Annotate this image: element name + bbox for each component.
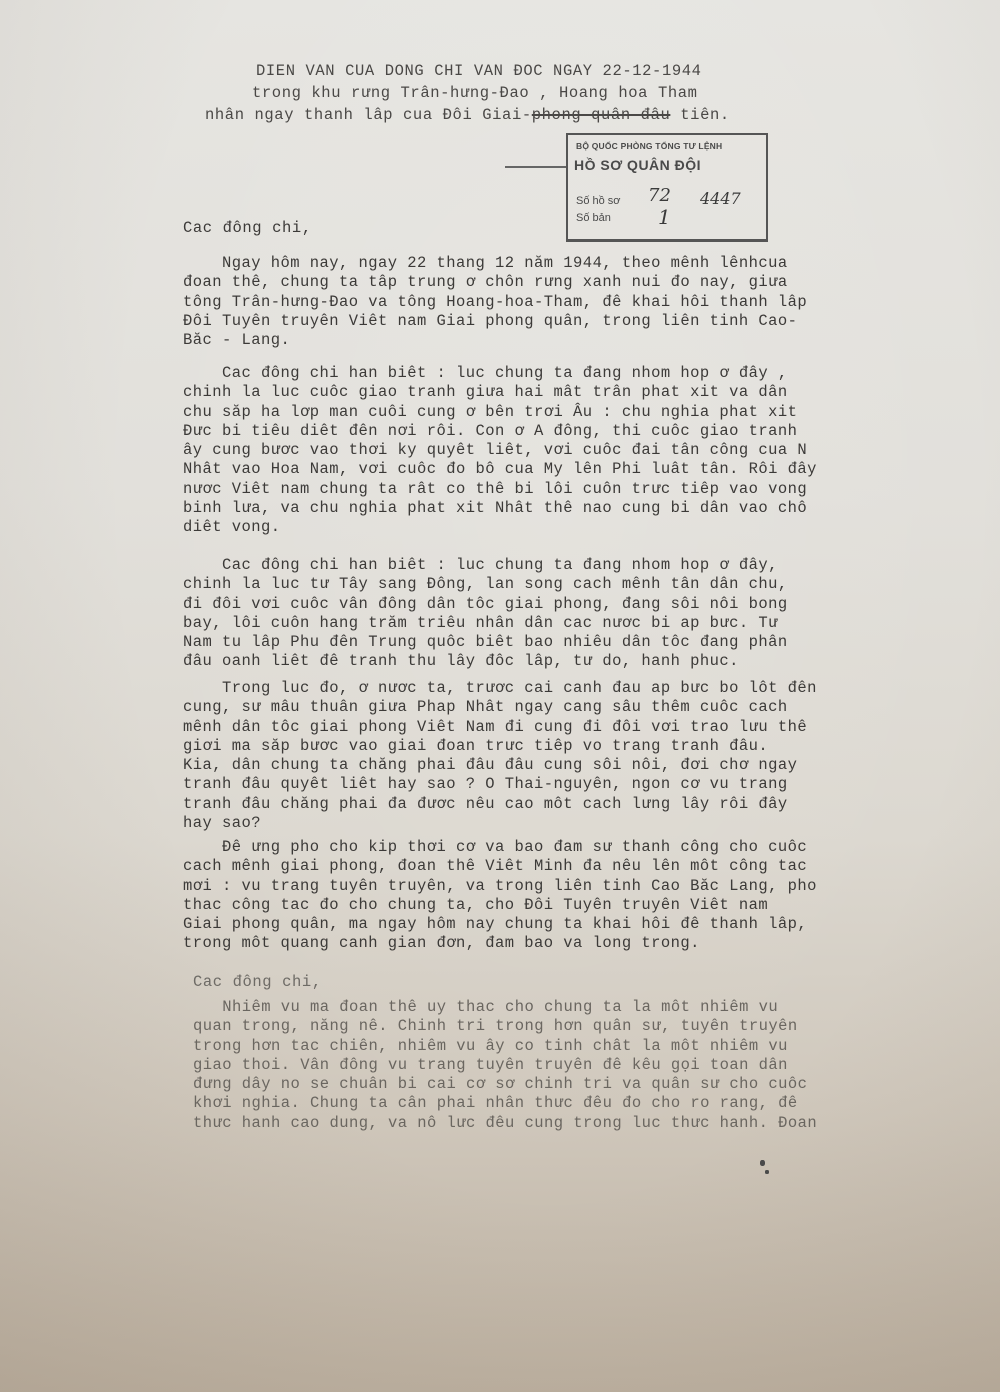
paragraph-5: Đê ưng pho cho kip thơi cơ va bao đam sư… [183,838,817,954]
paragraph-1: Ngay hôm nay, ngay 22 thang 12 năm 1944,… [183,254,807,350]
paragraph-faded: Nhiêm vu ma đoan thê uy thac cho chung t… [193,998,817,1133]
stamp-copy-number: 1 [658,205,671,229]
salutation-2: Cac đông chi, [193,973,322,991]
salutation: Cac đông chi, [183,219,312,237]
stamp-ref-number: 4447 [700,189,741,208]
title-line-3: nhân ngay thanh lâp cua Đôi Giai-phong q… [205,106,730,124]
stamp-leader-line [505,166,567,168]
stamp-agency: BỘ QUỐC PHÒNG TỔNG TƯ LỆNH [576,141,722,151]
ink-speck [760,1160,765,1166]
archive-stamp: BỘ QUỐC PHÒNG TỔNG TƯ LỆNH HỒ SƠ QUÂN ĐỘ… [566,133,768,242]
stamp-file-number: 72 [648,185,671,206]
ink-speck [765,1170,769,1174]
stamp-file-label: Số hồ sơ [576,195,621,207]
title-line-1: DIEN VAN CUA DONG CHI VAN ĐOC NGAY 22-12… [256,62,702,80]
stamp-copy-label: Số bản [576,212,611,224]
paragraph-2: Cac đông chi han biêt : luc chung ta đan… [183,364,817,538]
struck-text: phong quân đâu [532,106,671,124]
title-line-3-post: tiên. [670,106,729,124]
paragraph-3: Cac đông chi han biêt : luc chung ta đan… [183,556,788,672]
title-line-2: trong khu rưng Trân-hưng-Đao , Hoang hoa… [252,84,698,102]
title-line-3-pre: nhân ngay thanh lâp cua Đôi Giai- [205,106,532,124]
paragraph-4: Trong luc đo, ơ nươc ta, trươc cai canh … [183,679,817,833]
stamp-office: HỒ SƠ QUÂN ĐỘI [574,157,701,173]
